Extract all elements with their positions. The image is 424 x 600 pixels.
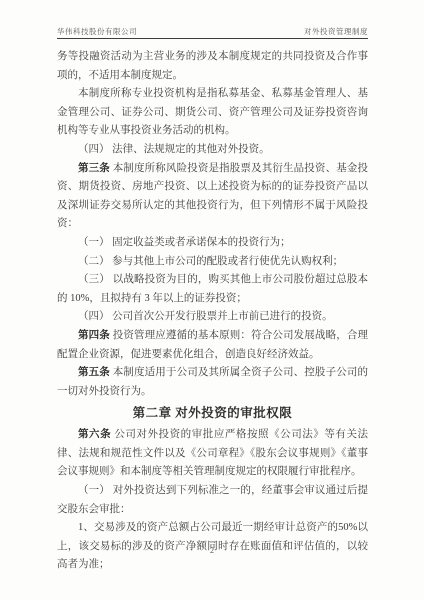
paragraph-item-4-ipo: （四） 公司首次公开发行股票并上市前已进行的投资。 — [57, 308, 368, 327]
article-number: 第三条 — [78, 163, 110, 174]
paragraph-text: （一） 对外投资达到下列标准之一的，经董事会审议通过后提交股东会审批： — [57, 485, 368, 515]
paragraph-item-3: （三） 以战略投资为目的，购买其他上市公司股份超过总股本的 10%，且拟持有 3… — [57, 271, 368, 308]
header-company-name: 华伟科技股份有限公司 — [57, 26, 137, 37]
paragraph-text: （一） 固定收益类或者承诺保本的投资行为； — [78, 237, 291, 248]
paragraph-approval-item-1: （一） 对外投资达到下列标准之一的，经董事会审议通过后提交股东会审批： — [57, 482, 368, 519]
document-body: 务等投融资活动为主营业务的涉及本制度规定的共同投资及合作事项的，不适用本制度规定… — [57, 48, 368, 575]
paragraph-article-6: 第六条 公司对外投资的审批应严格按照《公司法》等有关法律、法规和规范性文件以及《… — [57, 426, 368, 482]
page-header: 华伟科技股份有限公司 对外投资管理制度 — [57, 26, 368, 37]
paragraph-text: （三） 以战略投资为目的，购买其他上市公司股份超过总股本的 10%，且拟持有 3… — [57, 274, 368, 304]
paragraph-text: （二） 参与其他上市公司的配股或者行使优先认购权利； — [78, 256, 343, 267]
chapter-heading: 第二章 对外投资的审批权限 — [57, 404, 368, 423]
paragraph-item-1: （一） 固定收益类或者承诺保本的投资行为； — [57, 234, 368, 253]
paragraph-item-2: （二） 参与其他上市公司的配股或者行使优先认购权利； — [57, 253, 368, 272]
document-page: 华伟科技股份有限公司 对外投资管理制度 务等投融资活动为主营业务的涉及本制度规定… — [0, 0, 424, 600]
paragraph-text: 务等投融资活动为主营业务的涉及本制度规定的共同投资及合作事项的，不适用本制度规定… — [57, 51, 368, 81]
paragraph-article-5: 第五条 本制度适用于公司及其所属全资子公司、控股子公司的一切对外投资行为。 — [57, 364, 368, 401]
article-number: 第五条 — [78, 367, 110, 378]
paragraph-text: （四） 法律、法规规定的其他对外投资。 — [78, 144, 270, 155]
paragraph-text: 本制度所称专业投资机构是指私募基金、私募基金管理人、基金管理公司、证券公司、期货… — [57, 88, 368, 136]
paragraph-professional-institutions: 本制度所称专业投资机构是指私募基金、私募基金管理人、基金管理公司、证券公司、期货… — [57, 85, 368, 141]
page-footer: 2 — [0, 546, 424, 555]
paragraph-article-4: 第四条 投资管理应遵循的基本原则：符合公司发展战略，合理配置企业资源，促进要素优… — [57, 327, 368, 364]
paragraph-article-3: 第三条 本制度所称风险投资是指股票及其衍生品投资、基金投资、期货投资、房地产投资… — [57, 160, 368, 234]
header-doc-title: 对外投资管理制度 — [304, 26, 368, 37]
header-divider — [57, 38, 368, 39]
article-number: 第六条 — [78, 429, 111, 440]
page-number: 2 — [210, 546, 214, 555]
article-number: 第四条 — [78, 330, 110, 341]
paragraph-continuation: 务等投融资活动为主营业务的涉及本制度规定的共同投资及合作事项的，不适用本制度规定… — [57, 48, 368, 85]
paragraph-text: （四） 公司首次公开发行股票并上市前已进行的投资。 — [78, 311, 333, 322]
paragraph-item-4-other-investment: （四） 法律、法规规定的其他对外投资。 — [57, 141, 368, 160]
